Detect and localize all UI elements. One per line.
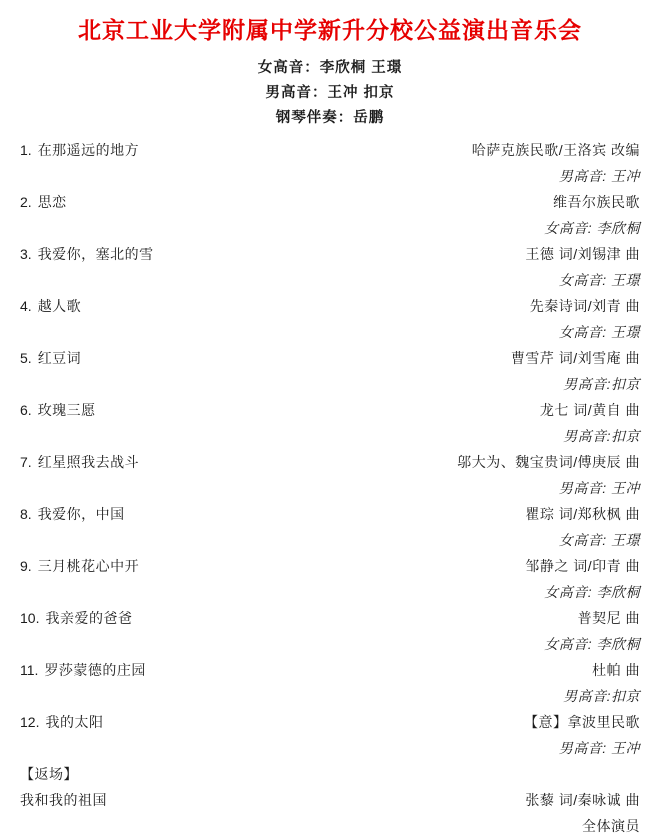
song-title: 红星照我去战斗: [38, 454, 140, 470]
song-item: 1.在那遥远的地方 哈萨克族民歌/王洛宾 改编 男高音: 王冲: [20, 137, 640, 189]
song-number: 7.: [20, 454, 32, 470]
pianist-line: 钢琴伴奏：岳鹏: [20, 106, 640, 131]
song-number-title: 11.罗莎蒙德的庄园: [20, 657, 146, 683]
song-title-line: 7.红星照我去战斗 邬大为、魏宝贵词/傅庚辰 曲: [20, 449, 640, 475]
performer-header: 女高音：李欣桐 王璟 男高音：王冲 扣京 钢琴伴奏：岳鹏: [20, 56, 640, 131]
song-title-line: 12.我的太阳 【意】拿波里民歌: [20, 709, 640, 735]
song-item: 12.我的太阳 【意】拿波里民歌 男高音: 王冲: [20, 709, 640, 761]
song-list: 1.在那遥远的地方 哈萨克族民歌/王洛宾 改编 男高音: 王冲 2.思恋 维吾尔…: [20, 137, 640, 761]
song-title-line: 2.思恋 维吾尔族民歌: [20, 189, 640, 215]
song-credit: 维吾尔族民歌: [553, 189, 640, 215]
song-title-line: 9.三月桃花心中开 邹静之 词/印青 曲: [20, 553, 640, 579]
song-item: 10.我亲爱的爸爸 普契尼 曲 女高音: 李欣桐: [20, 605, 640, 657]
encore-song-title: 我和我的祖国: [20, 787, 107, 813]
song-number: 2.: [20, 194, 32, 210]
encore-song-credit: 张藜 词/秦咏诚 曲: [525, 787, 640, 813]
song-number-title: 8.我爱你，中国: [20, 501, 125, 527]
song-number-title: 10.我亲爱的爸爸: [20, 605, 132, 631]
song-item: 6.玫瑰三愿 龙七 词/黄自 曲 男高音:扣京: [20, 397, 640, 449]
song-number: 10.: [20, 610, 39, 626]
song-number-title: 12.我的太阳: [20, 709, 103, 735]
song-title: 我亲爱的爸爸: [45, 610, 132, 626]
song-title-line: 4.越人歌 先秦诗词/刘青 曲: [20, 293, 640, 319]
song-title-line: 6.玫瑰三愿 龙七 词/黄自 曲: [20, 397, 640, 423]
song-performer: 女高音: 李欣桐: [20, 215, 640, 241]
song-title: 在那遥远的地方: [38, 142, 140, 158]
song-title: 玫瑰三愿: [38, 402, 96, 418]
song-title-line: 11.罗莎蒙德的庄园 杜帕 曲: [20, 657, 640, 683]
song-performer: 男高音:扣京: [20, 423, 640, 449]
song-credit: 瞿琮 词/郑秋枫 曲: [525, 501, 640, 527]
song-item: 2.思恋 维吾尔族民歌 女高音: 李欣桐: [20, 189, 640, 241]
song-item: 7.红星照我去战斗 邬大为、魏宝贵词/傅庚辰 曲 男高音: 王冲: [20, 449, 640, 501]
song-number: 4.: [20, 298, 32, 314]
song-credit: 邬大为、魏宝贵词/傅庚辰 曲: [457, 449, 640, 475]
song-title: 我爱你，塞北的雪: [38, 246, 154, 262]
song-performer: 男高音:扣京: [20, 683, 640, 709]
song-title: 罗莎蒙德的庄园: [44, 662, 146, 678]
song-credit: 邹静之 词/印青 曲: [525, 553, 640, 579]
song-number-title: 1.在那遥远的地方: [20, 137, 139, 163]
song-item: 3.我爱你，塞北的雪 王德 词/刘锡津 曲 女高音: 王璟: [20, 241, 640, 293]
song-credit: 龙七 词/黄自 曲: [540, 397, 640, 423]
song-performer: 女高音: 王璟: [20, 527, 640, 553]
song-credit: 王德 词/刘锡津 曲: [525, 241, 640, 267]
song-credit: 【意】拿波里民歌: [524, 709, 640, 735]
song-title: 三月桃花心中开: [38, 558, 140, 574]
song-item: 4.越人歌 先秦诗词/刘青 曲 女高音: 王璟: [20, 293, 640, 345]
song-title-line: 1.在那遥远的地方 哈萨克族民歌/王洛宾 改编: [20, 137, 640, 163]
song-title: 我的太阳: [45, 714, 103, 730]
song-item: 11.罗莎蒙德的庄园 杜帕 曲 男高音:扣京: [20, 657, 640, 709]
tenor-line: 男高音：王冲 扣京: [20, 81, 640, 106]
song-performer: 女高音: 李欣桐: [20, 579, 640, 605]
song-number: 6.: [20, 402, 32, 418]
song-number: 1.: [20, 142, 32, 158]
song-performer: 男高音: 王冲: [20, 163, 640, 189]
encore-performer: 全体演员: [20, 813, 640, 833]
encore-section: 【返场】 我和我的祖国 张藜 词/秦咏诚 曲 全体演员: [20, 761, 640, 833]
song-number-title: 7.红星照我去战斗: [20, 449, 139, 475]
song-item: 8.我爱你，中国 瞿琮 词/郑秋枫 曲 女高音: 王璟: [20, 501, 640, 553]
song-item: 9.三月桃花心中开 邹静之 词/印青 曲 女高音: 李欣桐: [20, 553, 640, 605]
song-performer: 男高音: 王冲: [20, 735, 640, 761]
song-credit: 先秦诗词/刘青 曲: [530, 293, 640, 319]
song-title: 红豆词: [38, 350, 82, 366]
song-number-title: 2.思恋: [20, 189, 67, 215]
song-performer: 女高音: 李欣桐: [20, 631, 640, 657]
song-number: 8.: [20, 506, 32, 522]
song-item: 5.红豆词 曹雪芹 词/刘雪庵 曲 男高音:扣京: [20, 345, 640, 397]
song-title: 我爱你，中国: [38, 506, 125, 522]
song-title-line: 3.我爱你，塞北的雪 王德 词/刘锡津 曲: [20, 241, 640, 267]
song-credit: 哈萨克族民歌/王洛宾 改编: [472, 137, 640, 163]
song-number-title: 9.三月桃花心中开: [20, 553, 139, 579]
song-credit: 杜帕 曲: [592, 657, 640, 683]
song-credit: 曹雪芹 词/刘雪庵 曲: [511, 345, 640, 371]
song-number: 5.: [20, 350, 32, 366]
soprano-line: 女高音：李欣桐 王璟: [20, 56, 640, 81]
song-title: 思恋: [38, 194, 67, 210]
song-performer: 女高音: 王璟: [20, 267, 640, 293]
song-number-title: 6.玫瑰三愿: [20, 397, 96, 423]
song-performer: 男高音:扣京: [20, 371, 640, 397]
song-number: 12.: [20, 714, 39, 730]
encore-label: 【返场】: [20, 761, 640, 787]
song-title: 越人歌: [38, 298, 82, 314]
song-credit: 普契尼 曲: [578, 605, 640, 631]
encore-song-line: 我和我的祖国 张藜 词/秦咏诚 曲: [20, 787, 640, 813]
concert-program-page: 北京工业大学附属中学新升分校公益演出音乐会 女高音：李欣桐 王璟 男高音：王冲 …: [0, 0, 660, 833]
page-title: 北京工业大学附属中学新升分校公益演出音乐会: [20, 14, 640, 46]
song-number: 3.: [20, 246, 32, 262]
song-title-line: 8.我爱你，中国 瞿琮 词/郑秋枫 曲: [20, 501, 640, 527]
song-number: 11.: [20, 662, 38, 678]
song-title-line: 5.红豆词 曹雪芹 词/刘雪庵 曲: [20, 345, 640, 371]
song-number: 9.: [20, 558, 32, 574]
song-number-title: 3.我爱你，塞北的雪: [20, 241, 154, 267]
song-number-title: 5.红豆词: [20, 345, 81, 371]
song-performer: 女高音: 王璟: [20, 319, 640, 345]
song-title-line: 10.我亲爱的爸爸 普契尼 曲: [20, 605, 640, 631]
song-number-title: 4.越人歌: [20, 293, 81, 319]
song-performer: 男高音: 王冲: [20, 475, 640, 501]
